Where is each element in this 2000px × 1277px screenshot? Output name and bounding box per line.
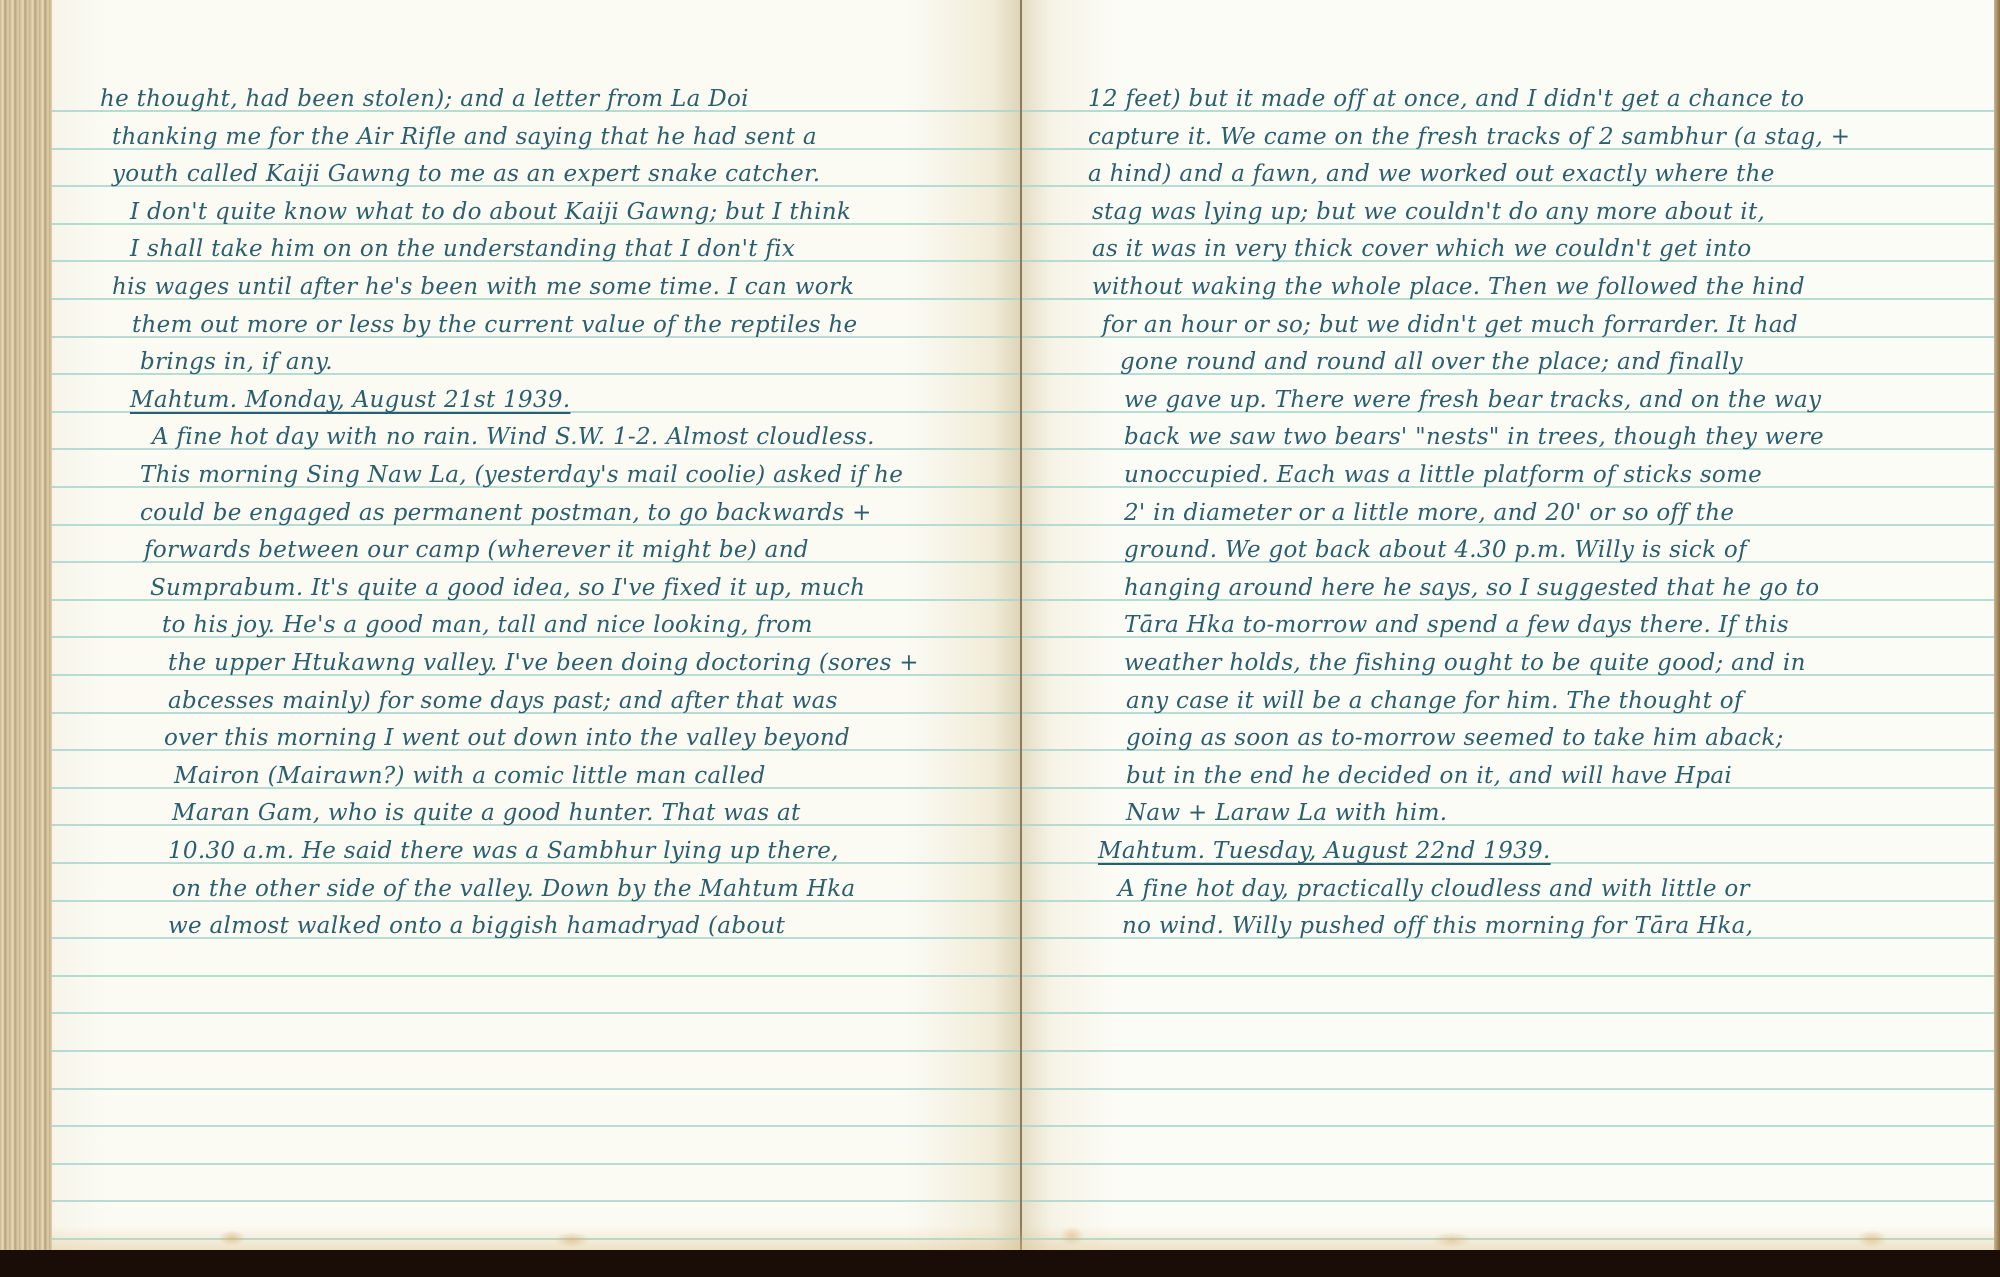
handwritten-line: back we saw two bears' "nests" in trees,… (1124, 422, 1824, 452)
ruled-line (52, 1200, 1022, 1202)
right-page: 12 feet) but it made off at once, and I … (1022, 0, 1994, 1250)
handwritten-line: weather holds, the fishing ought to be q… (1124, 648, 1806, 678)
ruled-line (52, 1163, 1022, 1165)
handwritten-line: we gave up. There were fresh bear tracks… (1124, 385, 1821, 415)
handwritten-line: to his joy. He's a good man, tall and ni… (162, 610, 813, 640)
handwritten-line: capture it. We came on the fresh tracks … (1088, 122, 1850, 152)
handwritten-line: gone round and round all over the place;… (1120, 347, 1743, 377)
ruled-line (52, 1088, 1022, 1090)
diary-entry-heading: Mahtum. Monday, August 21st 1939. (130, 385, 570, 415)
handwritten-line: abcesses mainly) for some days past; and… (168, 686, 838, 716)
handwritten-line: Tāra Hka to-morrow and spend a few days … (1124, 610, 1789, 640)
handwritten-line: we almost walked onto a biggish hamadrya… (168, 911, 785, 941)
handwritten-line: could be engaged as permanent postman, t… (140, 498, 872, 528)
handwritten-line: the upper Htukawng valley. I've been doi… (168, 648, 919, 678)
right-page-edge (1994, 0, 2000, 1250)
ruled-line (1022, 1125, 1994, 1127)
handwritten-line: for an hour or so; but we didn't get muc… (1102, 310, 1798, 340)
left-page: he thought, had been stolen); and a lett… (52, 0, 1022, 1250)
notebook-scan: he thought, had been stolen); and a lett… (0, 0, 2000, 1277)
handwritten-line: Mairon (Mairawn?) with a comic little ma… (174, 761, 766, 791)
handwritten-line: unoccupied. Each was a little platform o… (1124, 460, 1762, 490)
handwritten-line: no wind. Willy pushed off this morning f… (1122, 911, 1753, 941)
handwritten-line: Naw + Laraw La with him. (1126, 798, 1447, 828)
handwritten-line: he thought, had been stolen); and a lett… (100, 84, 749, 114)
handwritten-line: Sumprabum. It's quite a good idea, so I'… (150, 573, 865, 603)
handwritten-line: them out more or less by the current val… (132, 310, 857, 340)
handwritten-line: I shall take him on on the understanding… (130, 234, 795, 264)
handwritten-line: youth called Kaiji Gawng to me as an exp… (112, 159, 820, 189)
ruled-line (1022, 975, 1994, 977)
handwritten-line: as it was in very thick cover which we c… (1092, 234, 1752, 264)
handwritten-line: over this morning I went out down into t… (164, 723, 850, 753)
ruled-line (52, 1012, 1022, 1014)
handwritten-line: thanking me for the Air Rifle and saying… (112, 122, 817, 152)
handwritten-line: 2' in diameter or a little more, and 20'… (1124, 498, 1734, 528)
handwritten-line: A fine hot day, practically cloudless an… (1118, 874, 1750, 904)
ruled-line (1022, 1012, 1994, 1014)
handwritten-line: a hind) and a fawn, and we worked out ex… (1088, 159, 1775, 189)
handwritten-line: but in the end he decided on it, and wil… (1126, 761, 1732, 791)
handwritten-line: This morning Sing Naw La, (yesterday's m… (140, 460, 903, 490)
ruled-line (1022, 1163, 1994, 1165)
ruled-line (52, 1050, 1022, 1052)
handwritten-line: forwards between our camp (wherever it m… (144, 535, 809, 565)
handwritten-line: hanging around here he says, so I sugges… (1124, 573, 1819, 603)
handwritten-line: any case it will be a change for him. Th… (1126, 686, 1743, 716)
handwritten-line: Maran Gam, who is quite a good hunter. T… (172, 798, 801, 828)
handwritten-line: brings in, if any. (140, 347, 333, 377)
handwritten-line: 10.30 a.m. He said there was a Sambhur l… (168, 836, 839, 866)
ruled-line (1022, 1050, 1994, 1052)
handwritten-line: his wages until after he's been with me … (112, 272, 854, 302)
ruled-line (1022, 1200, 1994, 1202)
handwritten-line: ground. We got back about 4.30 p.m. Will… (1124, 535, 1747, 565)
handwritten-line: I don't quite know what to do about Kaij… (130, 197, 851, 227)
diary-entry-heading: Mahtum. Tuesday, August 22nd 1939. (1098, 836, 1551, 866)
handwritten-line: stag was lying up; but we couldn't do an… (1092, 197, 1765, 227)
ruled-line (52, 1125, 1022, 1127)
handwritten-line: going as soon as to-morrow seemed to tak… (1126, 723, 1784, 753)
handwritten-line: without waking the whole place. Then we … (1092, 272, 1805, 302)
handwritten-line: 12 feet) but it made off at once, and I … (1088, 84, 1804, 114)
ruled-line (1022, 1088, 1994, 1090)
stacked-page-edges (0, 0, 52, 1250)
ruled-line (52, 975, 1022, 977)
foxing-stains (52, 1226, 1994, 1250)
handwritten-line: on the other side of the valley. Down by… (172, 874, 855, 904)
handwritten-line: A fine hot day with no rain. Wind S.W. 1… (152, 422, 875, 452)
